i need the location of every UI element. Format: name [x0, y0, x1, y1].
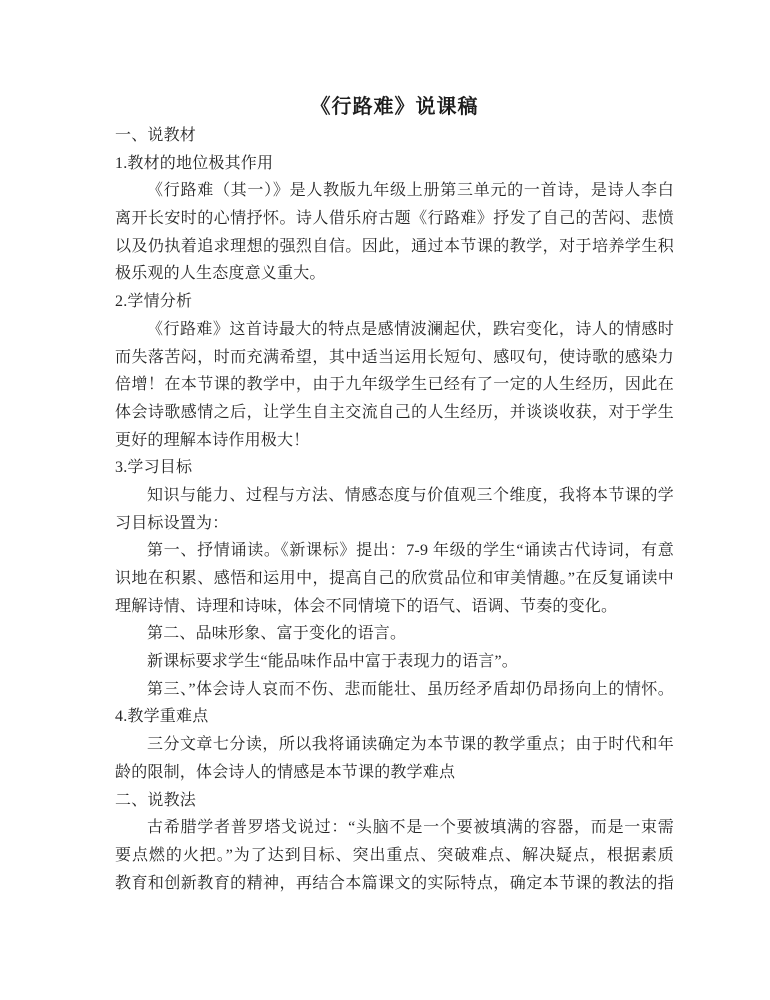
document-page: 《行路难》说课稿 一、说教材 1.教材的地位极其作用 《行路难（其一）》是人教版…: [0, 0, 770, 1000]
section-heading-shuo-jiaofa: 二、说教法: [115, 787, 674, 815]
text-line: 要点燃的火把。”为了达到目标、突出重点、突破难点、解决疑点，根据素质: [115, 842, 674, 870]
text-line: 古希腊学者普罗塔戈说过：“头脑不是一个要被填满的容器，而是一束需: [115, 814, 674, 842]
text-line: 第三、”体会诗人哀而不伤、悲而能壮、虽历经矛盾却仍昂扬向上的情怀。: [115, 676, 674, 704]
text-line: 识地在积累、感悟和运用中，提高自己的欣赏品位和审美情趣。”在反复诵读中: [115, 565, 674, 593]
text-line: 极乐观的人生态度意义重大。: [115, 260, 674, 288]
section-heading-shuo-jiaocai: 一、说教材: [115, 122, 674, 150]
text-line: 第一、抒情诵读。《新课标》提出：7-9 年级的学生“诵读古代诗词，有意: [115, 537, 674, 565]
text-line: 《行路难（其一）》是人教版九年级上册第三单元的一首诗，是诗人李白: [115, 177, 674, 205]
subheading-xueqing-fenxi: 2.学情分析: [115, 288, 674, 316]
text-line: 以及仍执着追求理想的强烈自信。因此，通过本节课的教学，对于培养学生积: [115, 233, 674, 261]
document-title: 《行路难》说课稿: [115, 92, 674, 122]
document-content: 《行路难》说课稿 一、说教材 1.教材的地位极其作用 《行路难（其一）》是人教版…: [115, 92, 674, 897]
text-line: 更好的理解本诗作用极大！: [115, 427, 674, 455]
text-line: 离开长安时的心情抒怀。诗人借乐府古题《行路难》抒发了自己的苦闷、悲愤: [115, 205, 674, 233]
text-line: 新课标要求学生“能品味作品中富于表现力的语言”。: [115, 648, 674, 676]
text-line: 三分文章七分读，所以我将诵读确定为本节课的教学重点；由于时代和年: [115, 731, 674, 759]
text-line: 教育和创新教育的精神，再结合本篇课文的实际特点，确定本节课的教法的指: [115, 870, 674, 898]
text-line: 而失落苦闷，时而充满希望，其中适当运用长短句、感叹句，使诗歌的感染力: [115, 344, 674, 372]
text-line: 知识与能力、过程与方法、情感态度与价值观三个维度，我将本节课的学: [115, 482, 674, 510]
text-line: 龄的限制，体会诗人的情感是本节课的教学难点: [115, 759, 674, 787]
text-line: 理解诗情、诗理和诗味，体会不同情境下的语气、语调、节奏的变化。: [115, 593, 674, 621]
subheading-xuexi-mubiao: 3.学习目标: [115, 454, 674, 482]
text-line: 体会诗歌感情之后，让学生自主交流自己的人生经历，并谈谈收获，对于学生: [115, 399, 674, 427]
text-line: 倍增！在本节课的教学中，由于九年级学生已经有了一定的人生经历，因此在: [115, 371, 674, 399]
text-line: 《行路难》这首诗最大的特点是感情波澜起伏，跌宕变化，诗人的情感时: [115, 316, 674, 344]
text-line: 第二、品味形象、富于变化的语言。: [115, 620, 674, 648]
subheading-jiaoxue-zhongnandian: 4.教学重难点: [115, 703, 674, 731]
text-line: 习目标设置为：: [115, 510, 674, 538]
subheading-diwei-zuoyong: 1.教材的地位极其作用: [115, 150, 674, 178]
